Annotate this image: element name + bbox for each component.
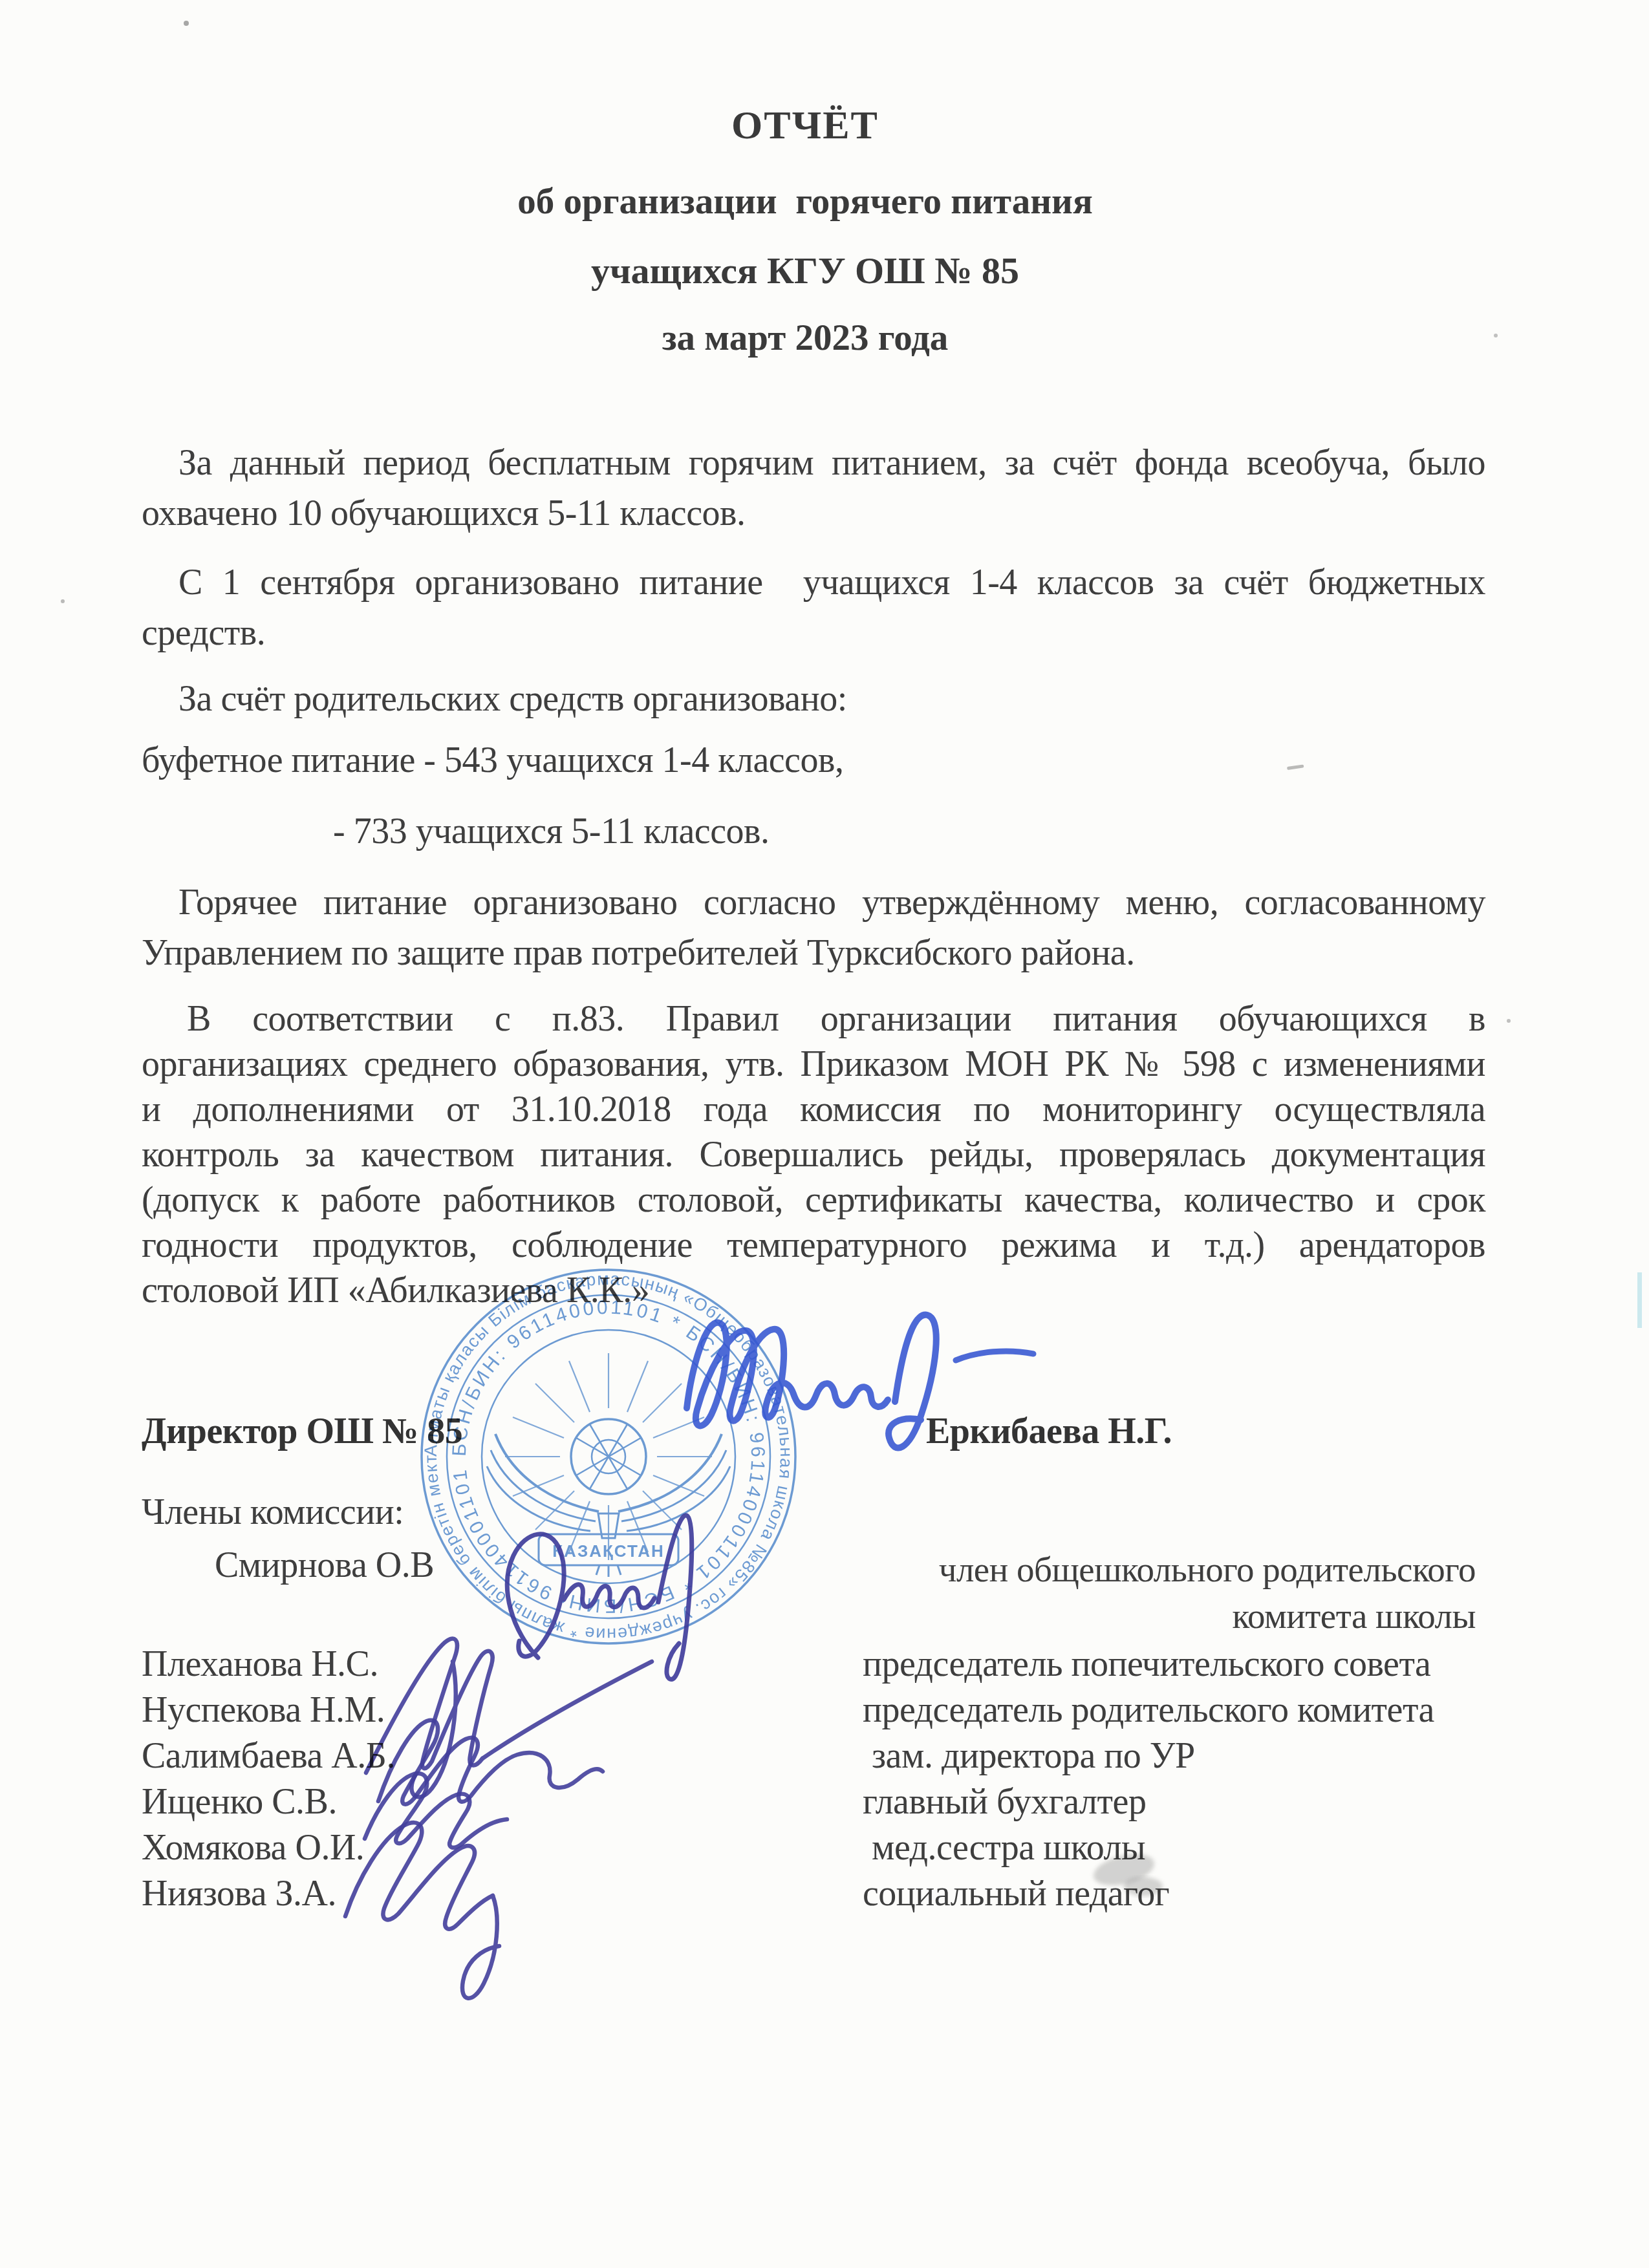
stamp-emblem-sun-rays xyxy=(505,1353,712,1560)
member-signature-salimbaeva xyxy=(378,1720,603,1804)
stamp-center-label: ҚАЗАҚСТАН xyxy=(552,1541,665,1561)
member-role: председатель родительского комитета xyxy=(863,1689,1434,1731)
body-line: буфетное питание - 543 учащихся 1-4 клас… xyxy=(142,735,1485,786)
member-name: Нуспекова Н.М. xyxy=(142,1689,385,1731)
scan-speck xyxy=(1507,1019,1511,1023)
body-line: За данный период бесплатным горячим пита… xyxy=(142,438,1485,488)
scan-speck xyxy=(184,21,189,26)
report-subtitle-topic: об организации горячего питания xyxy=(19,182,1591,222)
stamp-emblem-wings xyxy=(487,1434,730,1538)
member-signature-smirnova xyxy=(507,1515,691,1680)
member-role: председатель попечительского совета xyxy=(863,1643,1430,1685)
member-role-line: комитета школы xyxy=(855,1593,1476,1640)
body-line: средств. xyxy=(142,608,1485,658)
stamp-emblem-banner: ҚАЗАҚСТАН xyxy=(539,1534,678,1577)
commission-label: Члены комиссии: xyxy=(142,1492,404,1533)
stamp-bin-ring-text: БСН/БИН: 961140001101 * БСН/БИН: 9611400… xyxy=(449,1297,768,1616)
body-line: контроль за качеством питания. Совершали… xyxy=(142,1132,1485,1177)
director-name: Еркибаева Н.Г. xyxy=(926,1411,1172,1452)
member-role: зам. директора по УР xyxy=(872,1735,1195,1777)
paragraph-buffet-5-11: - 733 учащихся 5-11 классов. xyxy=(142,806,1485,857)
member-name: Салимбаева А.Б. xyxy=(142,1735,395,1777)
body-line: охвачено 10 обучающихся 5-11 классов. xyxy=(142,488,1485,539)
member-name: Смирнова О.В xyxy=(215,1545,434,1586)
stamp-middle-circle xyxy=(447,1295,770,1618)
paragraph-monitoring: В соответствии с п.83. Правил организаци… xyxy=(142,996,1485,1313)
member-name: Ниязова З.А. xyxy=(142,1873,336,1914)
member-name: Плеханова Н.С. xyxy=(142,1643,378,1685)
edge-scan-streak xyxy=(1637,1272,1642,1328)
member-role-line: член общешкольного родительского xyxy=(855,1546,1476,1593)
body-line: - 733 учащихся 5-11 классов. xyxy=(142,806,1485,857)
paragraph-menu: Горячее питание организовано согласно ут… xyxy=(142,877,1485,978)
body-line: Управлением по защите прав потребителей … xyxy=(142,928,1485,978)
report-title: ОТЧЁТ xyxy=(19,103,1591,147)
report-subtitle-school: учащихся КГУ ОШ № 85 xyxy=(19,250,1591,292)
scan-speck xyxy=(61,599,65,603)
scanned-report-page: ОТЧЁТ об организации горячего питания уч… xyxy=(0,0,1649,2268)
member-signature-nuspekova xyxy=(366,1639,652,1797)
member-name: Хомякова О.И. xyxy=(142,1827,364,1868)
paragraph-coverage: За данный период бесплатным горячим пита… xyxy=(142,438,1485,539)
official-stamp-seal: Алматы қаласы Білім басқармасының «Общео… xyxy=(421,1269,796,1644)
stamp-inner-circle xyxy=(482,1330,735,1583)
member-signature-khomyakova xyxy=(345,1823,499,1998)
member-signature-ishchenko xyxy=(365,1773,507,1848)
body-line: За счёт родительских средств организован… xyxy=(142,674,1485,724)
paragraph-budget: С 1 сентября организовано питание учащих… xyxy=(142,557,1485,658)
paragraph-parent-funds: За счёт родительских средств организован… xyxy=(142,674,1485,724)
body-line: Горячее питание организовано согласно ут… xyxy=(142,877,1485,928)
member-role: главный бухгалтер xyxy=(863,1781,1146,1823)
body-line: С 1 сентября организовано питание учащих… xyxy=(142,557,1485,608)
body-line: годности продуктов, соблюдение температу… xyxy=(142,1223,1485,1268)
member-role: мед.сестра школы xyxy=(872,1827,1145,1868)
body-line: В соответствии с п.83. Правил организаци… xyxy=(142,996,1485,1042)
stamp-outer-circle xyxy=(422,1270,795,1643)
body-line: и дополнениями от 31.10.2018 года комисс… xyxy=(142,1087,1485,1132)
body-line: столовой ИП «Абилказиева К.К.» xyxy=(142,1268,1485,1313)
director-label: Директор ОШ № 85 xyxy=(142,1411,462,1452)
stamp-outer-ring-text: Алматы қаласы Білім басқармасының «Общео… xyxy=(421,1269,796,1644)
member-role: социальный педагог xyxy=(863,1873,1169,1914)
stamp-emblem-shanyrak xyxy=(571,1419,646,1494)
paragraph-buffet-1-4: буфетное питание - 543 учащихся 1-4 клас… xyxy=(142,735,1485,786)
report-subtitle-period: за март 2023 года xyxy=(19,318,1591,359)
member-role: член общешкольного родительского комитет… xyxy=(855,1546,1476,1640)
body-line: организациях среднего образования, утв. … xyxy=(142,1042,1485,1087)
body-line: (допуск к работе работников столовой, се… xyxy=(142,1177,1485,1223)
member-name: Ищенко С.В. xyxy=(142,1781,337,1823)
